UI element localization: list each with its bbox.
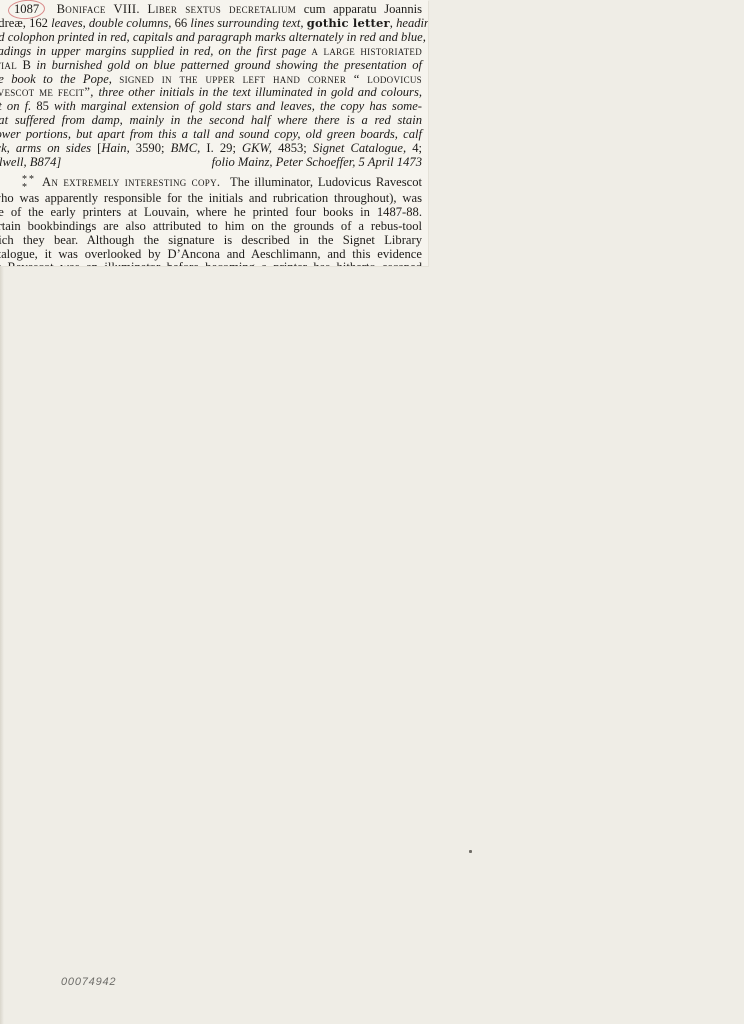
lot-description: ndreæ, 162 leaves, double columns, 66 li… — [0, 17, 422, 156]
note-first-text: The illuminator, Ludovicus Ravescot — [230, 175, 422, 189]
text-run: ne book to the Pope, — [0, 72, 119, 86]
note-body: who was apparently responsible for the i… — [0, 192, 422, 266]
lot-ref-tail: illwell, B874] — [0, 156, 61, 170]
text-run: itial — [0, 58, 17, 72]
text-run: a large historiated — [311, 44, 422, 58]
text-run: lines surrounding text, — [190, 16, 303, 30]
lot-description-line: avescot me fecit”, three other initials … — [0, 86, 422, 100]
lot-title: Liber sextus decretalium — [148, 2, 297, 16]
text-run: gothic letter — [307, 16, 390, 30]
text-run: leaves, double columns, — [51, 16, 171, 30]
note-line: ne of the early printers at Louvain, whe… — [0, 206, 422, 220]
lot-imprint-line: illwell, B874] folio Mainz, Peter Schoef… — [0, 156, 422, 170]
note-line: hich they bear. Although the signature i… — [0, 234, 422, 248]
asterism-mark: * ** — [22, 176, 34, 192]
text-run: ick, arms on sides — [0, 141, 97, 155]
text-run: Signet Catalogue, — [313, 141, 406, 155]
text-run: B — [17, 58, 36, 72]
text-run: 66 — [171, 16, 190, 30]
note-first-line: * **An extremely interesting copy. The i… — [0, 176, 422, 192]
text-run: 4853; — [272, 141, 313, 155]
note-line: atalogue, it was overlooked by D’Ancona … — [0, 248, 422, 262]
lot-description-line: ick, arms on sides [Hain, 3590; BMC, I. … — [0, 142, 422, 156]
lot-number: 1087 — [12, 3, 41, 17]
text-run: GKW, — [242, 141, 272, 155]
text-run: headings — [396, 16, 428, 30]
paper-speck — [469, 850, 472, 853]
lot-description-line: ne book to the Pope, signed in the upper… — [0, 73, 422, 87]
text-run: with marginal extension of gold stars an… — [54, 99, 422, 113]
text-run: nd colophon printed in red, capitals and… — [0, 30, 426, 44]
text-run: 4; — [406, 141, 422, 155]
lot-author: Boniface VIII. — [57, 2, 140, 16]
note-line: ertain bookbindings are also attributed … — [0, 220, 422, 234]
text-run: in burnished gold on blue patterned grou… — [36, 58, 422, 72]
text-run: Hain, — [101, 141, 129, 155]
text-run: 3590; — [130, 141, 171, 155]
lot-description-line: ndreæ, 162 leaves, double columns, 66 li… — [0, 17, 422, 31]
lot-description-line: eadings in upper margins supplied in red… — [0, 45, 422, 59]
lot-imprint: folio Mainz, Peter Schoeffer, 5 April 14… — [212, 155, 422, 169]
cut-marks: - - — [150, 260, 176, 266]
lot-description-line: at on f. 85 with marginal extension of g… — [0, 100, 422, 114]
lot-description-line: lower portions, but apart from this a ta… — [0, 128, 422, 142]
lot-entry: 1087 Boniface VIII. Liber sextus decreta… — [0, 3, 422, 266]
text-run: avescot me fecit”, — [0, 85, 98, 99]
lot-note: * **An extremely interesting copy. The i… — [0, 176, 422, 266]
lot-description-line: hat suffered from damp, mainly in the se… — [0, 114, 422, 128]
note-line: at Ravescot was an illuminator before be… — [0, 261, 422, 266]
text-run: eadings in upper margins supplied in red… — [0, 44, 311, 58]
note-line: who was apparently responsible for the i… — [0, 192, 422, 206]
lot-description-line: itial B in burnished gold on blue patter… — [0, 59, 422, 73]
text-run: BMC, — [171, 141, 201, 155]
lot-description-line: nd colophon printed in red, capitals and… — [0, 31, 422, 45]
lot-title-rest: cum apparatu Joannis — [296, 2, 422, 16]
archive-stamp: 00074942 — [61, 976, 116, 988]
note-lead: An extremely interesting copy. — [42, 175, 220, 189]
lot-heading-line: 1087 Boniface VIII. Liber sextus decreta… — [0, 3, 422, 17]
text-run: signed in the upper left hand corner “ l… — [119, 72, 422, 86]
text-run: I. 29; — [200, 141, 242, 155]
text-run: lower portions, but apart from this a ta… — [0, 127, 422, 141]
text-run: hat suffered from damp, mainly in the se… — [0, 113, 422, 127]
text-run: 85 — [31, 99, 54, 113]
text-run: three other initials in the text illumin… — [98, 85, 422, 99]
catalogue-clipping: 1087 Boniface VIII. Liber sextus decreta… — [0, 0, 428, 266]
text-run: at on — [0, 99, 25, 113]
